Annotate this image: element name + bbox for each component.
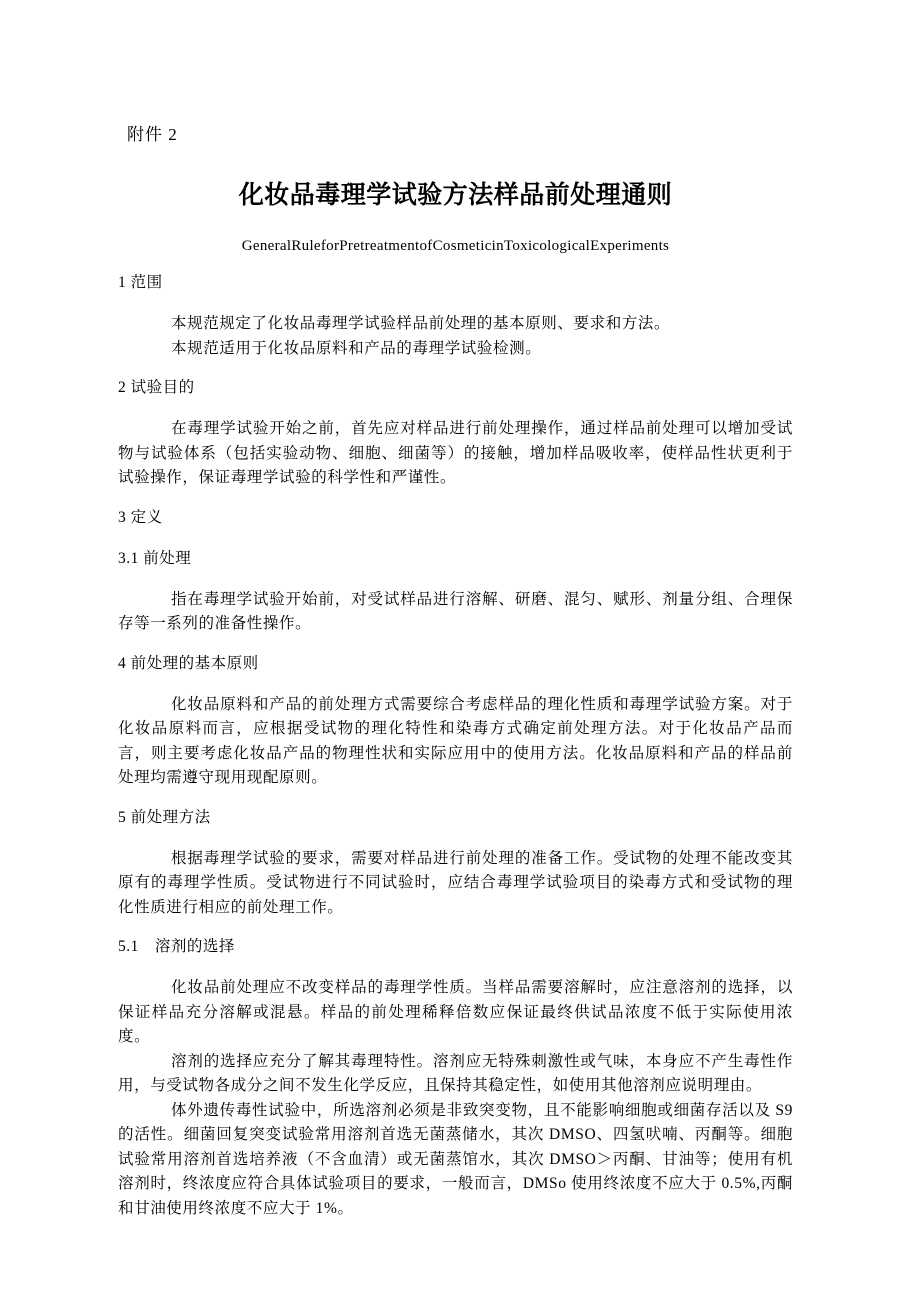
section-heading-basic-principles: 4 前处理的基本原则 (118, 652, 793, 676)
section-heading-pretreatment-methods: 5 前处理方法 (118, 806, 793, 830)
section-heading-pretreatment-definition: 3.1 前处理 (118, 547, 793, 571)
paragraph-purpose: 在毒理学试验开始之前，首先应对样品进行前处理操作，通过样品前处理可以增加受试物与… (118, 417, 793, 491)
paragraph-pretreatment-definition: 指在毒理学试验开始前，对受试样品进行溶解、研磨、混匀、赋形、剂量分组、合理保存等… (118, 588, 793, 637)
paragraph-solvent-1: 化妆品前处理应不改变样品的毒理学性质。当样品需要溶解时，应注意溶剂的选择，以保证… (118, 976, 793, 1050)
section-heading-solvent-selection: 5.1 溶剂的选择 (118, 935, 793, 959)
paragraph-basic-principles: 化妆品原料和产品的前处理方式需要综合考虑样品的理化性质和毒理学试验方案。对于化妆… (118, 693, 793, 791)
section-heading-scope: 1 范围 (118, 271, 793, 295)
paragraph-solvent-3: 体外遗传毒性试验中，所选溶剂必须是非致突变物，且不能影响细胞或细菌存活以及 S9… (118, 1099, 793, 1222)
section-heading-definitions: 3 定义 (118, 506, 793, 530)
attachment-label: 附件 2 (127, 124, 793, 146)
document-page: 附件 2 化妆品毒理学试验方法样品前处理通则 GeneralRuleforPre… (0, 0, 920, 1301)
document-subtitle-english: GeneralRuleforPretreatmentofCosmeticinTo… (118, 236, 793, 256)
document-title: 化妆品毒理学试验方法样品前处理通则 (118, 180, 793, 210)
paragraph-pretreatment-methods: 根据毒理学试验的要求，需要对样品进行前处理的准备工作。受试物的处理不能改变其原有… (118, 847, 793, 921)
section-heading-purpose: 2 试验目的 (118, 376, 793, 400)
paragraph-scope-2: 本规范适用于化妆品原料和产品的毒理学试验检测。 (118, 337, 793, 362)
paragraph-scope-1: 本规范规定了化妆品毒理学试验样品前处理的基本原则、要求和方法。 (118, 312, 793, 337)
paragraph-solvent-2: 溶剂的选择应充分了解其毒理特性。溶剂应无特殊刺激性或气味，本身应不产生毒性作用，… (118, 1050, 793, 1099)
